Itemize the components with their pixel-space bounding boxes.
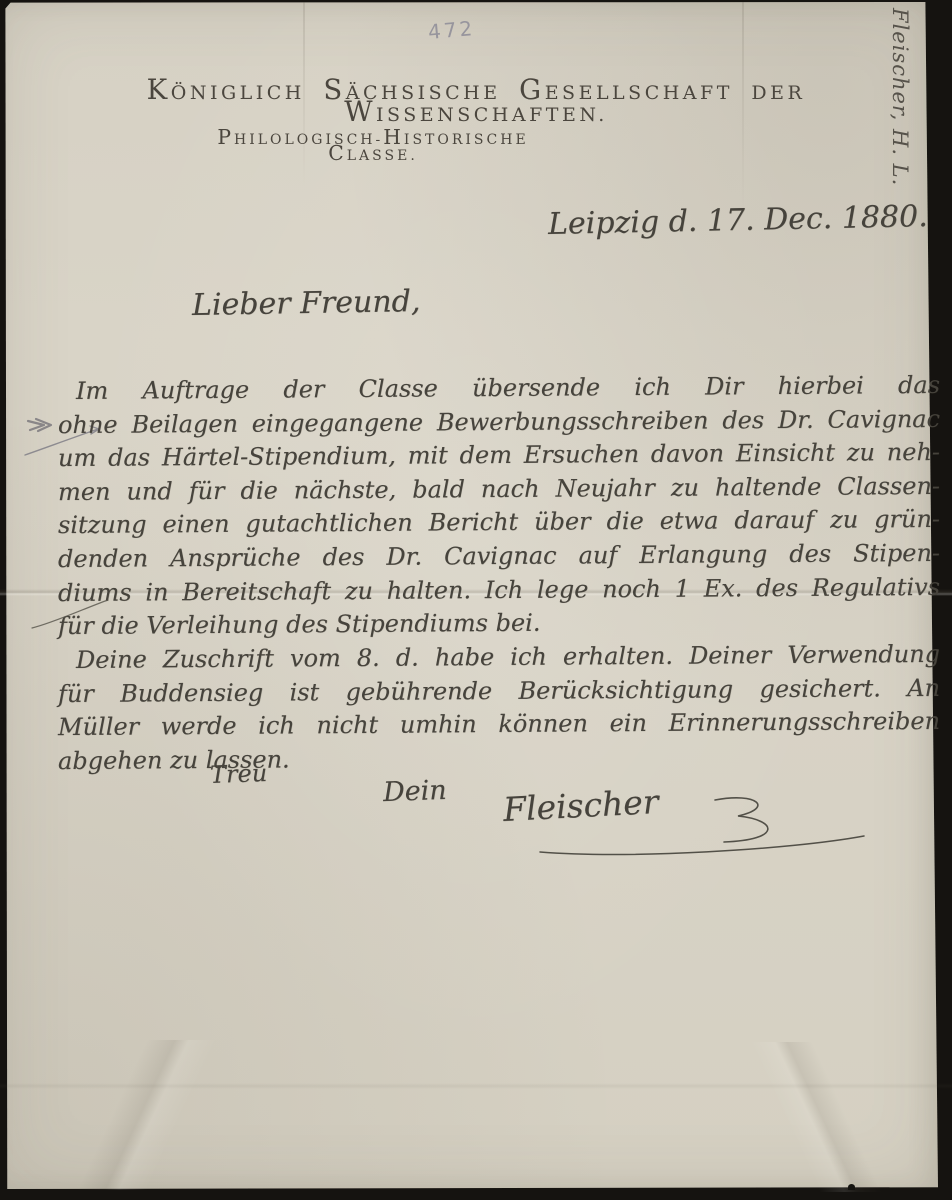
signature-flourish	[468, 790, 873, 862]
body-paragraph-1: Im Auftrage der Classe übersende ich Dir…	[58, 372, 940, 641]
manuscript-line: Deine Zuschrift vom 8. d. habe ich erhal…	[58, 638, 940, 678]
scanned-letter-page: 472 Fleischer, H. L. Königlich Sächsisch…	[0, 0, 952, 1200]
letterhead-society-name: Königlich Sächsische Gesellschaft der Wi…	[42, 82, 910, 126]
ink-stray-mark	[28, 595, 113, 635]
salutation: Lieber Freund,	[192, 284, 421, 323]
manuscript-line: abgehen zu lassen.	[58, 739, 940, 779]
closing-word: Treu	[210, 759, 268, 789]
corner-crease	[702, 1042, 942, 1192]
manuscript-line: Im Auftrage der Classe übersende ich Dir…	[58, 369, 940, 409]
pencil-page-number: 472	[427, 16, 476, 44]
body-paragraph-2: Deine Zuschrift vom 8. d. habe ich erhal…	[58, 641, 940, 775]
paper-edge-nick	[848, 1184, 855, 1190]
corner-crease	[0, 1040, 280, 1190]
letterhead-class-name: Philologisch-Historische Classe.	[178, 132, 568, 164]
closing-pronoun: Dein	[382, 775, 447, 808]
manuscript-line: denden Ansprüche des Dr. Cavignac auf Er…	[58, 537, 940, 577]
